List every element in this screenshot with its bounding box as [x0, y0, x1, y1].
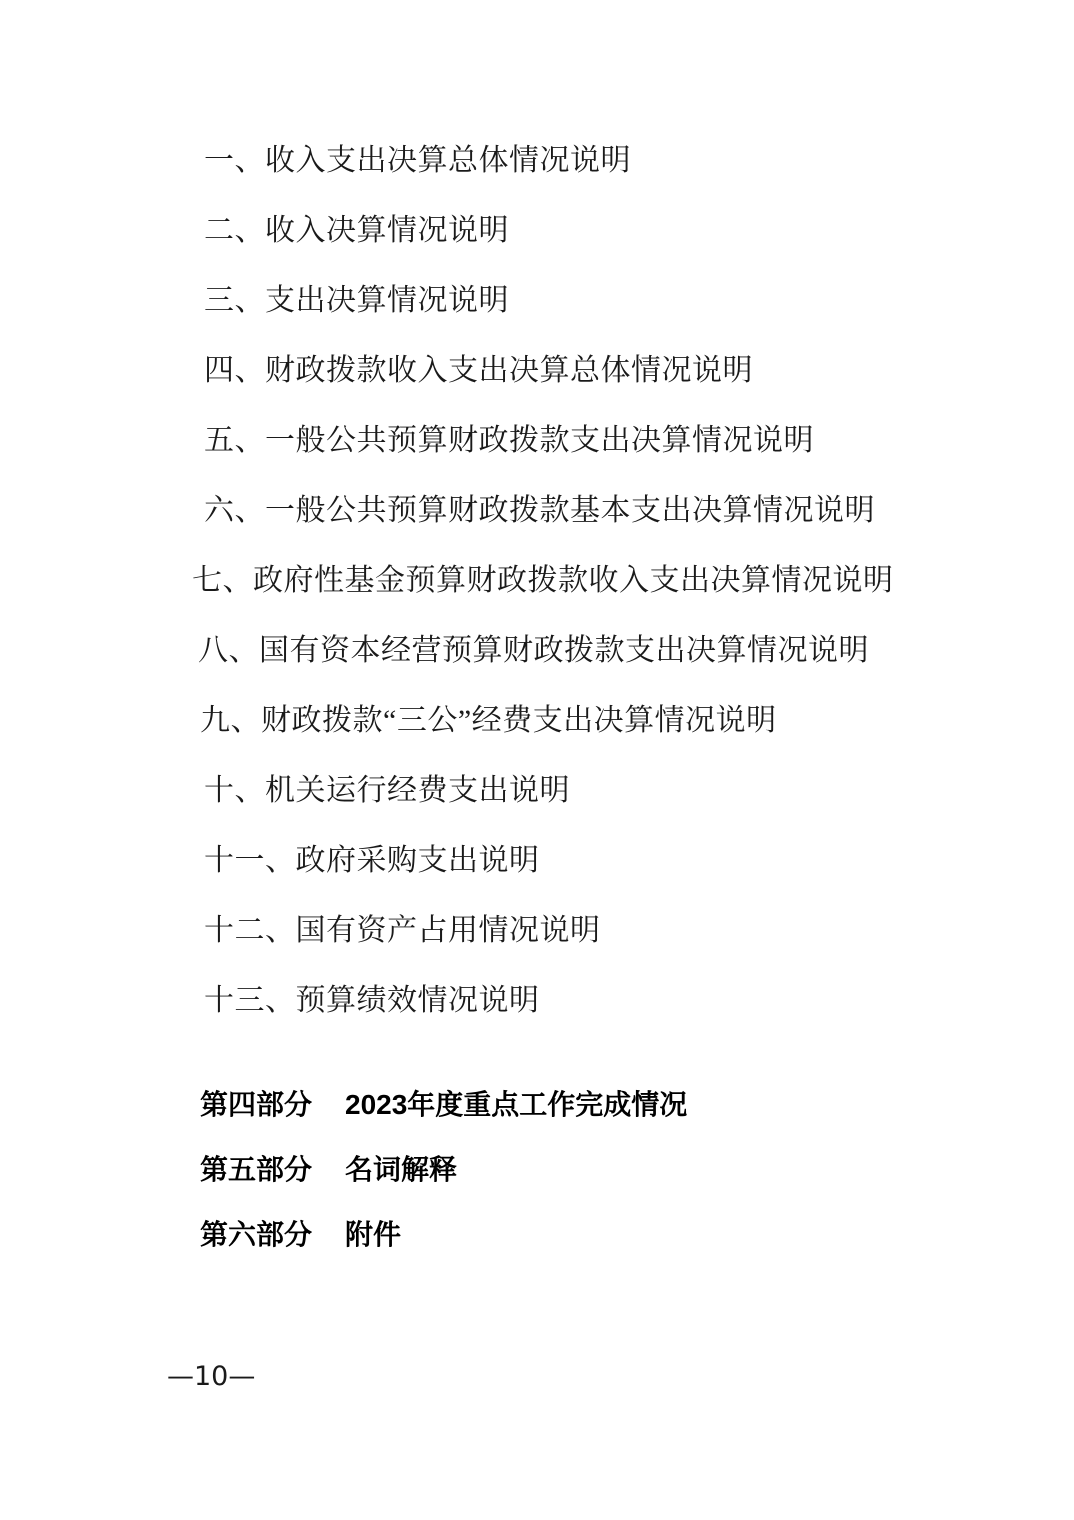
toc-item: 四、财政拨款收入支出决算总体情况说明 — [0, 332, 1074, 402]
table-of-contents: 一、收入支出决算总体情况说明 二、收入决算情况说明 三、支出决算情况说明 四、财… — [0, 0, 1074, 1032]
toc-item: 七、政府性基金预算财政拨款收入支出决算情况说明 — [0, 542, 1074, 612]
toc-item: 十二、国有资产占用情况说明 — [0, 892, 1074, 962]
toc-item: 八、国有资本经营预算财政拨款支出决算情况说明 — [0, 612, 1074, 682]
document-page: 一、收入支出决算总体情况说明 二、收入决算情况说明 三、支出决算情况说明 四、财… — [0, 0, 1074, 1520]
section-heading-part5: 第五部分 名词解释 — [0, 1135, 1074, 1200]
toc-item: 二、收入决算情况说明 — [0, 192, 1074, 262]
section-label: 第四部分 — [200, 1083, 312, 1123]
section-title: 附件 — [345, 1213, 401, 1253]
toc-item: 十三、预算绩效情况说明 — [0, 962, 1074, 1032]
section-heading-part6: 第六部分 附件 — [0, 1200, 1074, 1265]
section-title: 2023年度重点工作完成情况 — [345, 1083, 687, 1123]
section-heading-part4: 第四部分 2023年度重点工作完成情况 — [0, 1070, 1074, 1135]
toc-item: 三、支出决算情况说明 — [0, 262, 1074, 332]
toc-item: 五、一般公共预算财政拨款支出决算情况说明 — [0, 402, 1074, 472]
toc-item: 十、机关运行经费支出说明 — [0, 752, 1074, 822]
section-label: 第六部分 — [200, 1213, 312, 1253]
toc-item: 一、收入支出决算总体情况说明 — [0, 122, 1074, 192]
section-label: 第五部分 — [200, 1148, 312, 1188]
page-number: —10— — [0, 1361, 1074, 1393]
section-title: 名词解释 — [345, 1148, 457, 1188]
toc-item: 十一、政府采购支出说明 — [0, 822, 1074, 892]
section-headings: 第四部分 2023年度重点工作完成情况 第五部分 名词解释 第六部分 附件 — [0, 1070, 1074, 1265]
toc-item: 九、财政拨款“三公”经费支出决算情况说明 — [0, 682, 1074, 752]
toc-item: 六、一般公共预算财政拨款基本支出决算情况说明 — [0, 472, 1074, 542]
